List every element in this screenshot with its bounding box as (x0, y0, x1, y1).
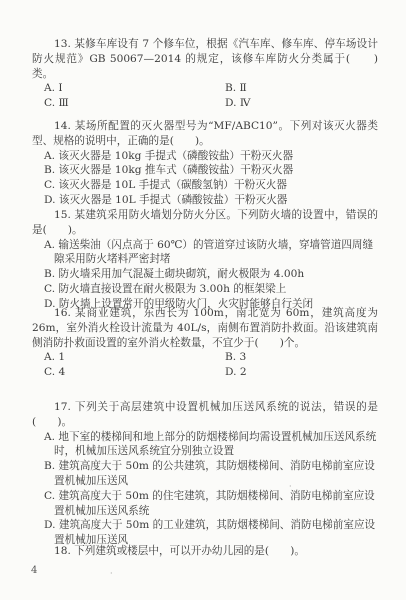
option-a: A. 地下室的楼梯间和地上部分的防烟楼梯间均需设置机械加压送风系统时，机械加压送… (32, 430, 378, 460)
option-c: C. 建筑高度大于 50m 的住宅建筑，其防烟楼梯间、消防电梯前室应设置机械加压… (32, 489, 378, 519)
option-d: D. 2 (225, 365, 378, 380)
option-c: C. 该灭火器是 10L 手提式（碳酸氢钠）干粉灭火器 (32, 178, 378, 193)
options-grid: A. 1 B. 3 C. 4 D. 2 (32, 350, 378, 380)
option-b: B. 3 (225, 350, 378, 365)
exam-page: 13. 某修车库设有 7 个修车位，根据《汽车库、修车库、停车场设计防火规范》G… (0, 0, 406, 600)
question-13: 13. 某修车库设有 7 个修车位，根据《汽车库、修车库、停车场设计防火规范》G… (32, 37, 378, 111)
question-stem: 15. 某建筑采用防火墙划分防火分区。下列防火墙的设置中，错误的是( )。 (32, 208, 378, 238)
option-b: B. 防火墙采用加气混凝土砌块砌筑，耐火极限为 4.00h (32, 267, 378, 282)
option-c: C. 4 (44, 365, 225, 380)
page-number: 4 (31, 565, 37, 576)
option-a: A. Ⅰ (44, 81, 225, 96)
option-b: B. 建筑高度大于 50m 的公共建筑，其防烟楼梯间、消防电梯前室应设置机械加压… (32, 459, 378, 489)
scan-speck: · (289, 482, 292, 491)
option-b: B. 该灭火器是 10kg 推车式（磷酸铵盐）干粉灭火器 (32, 163, 378, 178)
question-stem: 16. 某商业建筑，东西长为 100m，南北宽为 60m，建筑高度为 26m，室… (32, 306, 378, 350)
options-grid: A. Ⅰ B. Ⅱ C. Ⅲ D. Ⅳ (32, 81, 378, 111)
question-stem: 13. 某修车库设有 7 个修车位，根据《汽车库、修车库、停车场设计防火规范》G… (32, 37, 378, 81)
question-14: 14. 某场所配置的灭火器型号为“MF/ABC10”。下列对该灭火器类型、规格的… (32, 119, 378, 208)
option-b: B. Ⅱ (225, 81, 378, 96)
question-17: 17. 下列关于高层建筑中设置机械加压送风系统的说法，错误的是( )。 A. 地… (32, 400, 378, 548)
option-c: C. 防火墙直接设置在耐火极限为 3.00h 的框架梁上 (32, 282, 378, 297)
question-18: 18. 下列建筑或楼层中，可以开办幼儿园的是( )。 (32, 544, 378, 559)
question-15: 15. 某建筑采用防火墙划分防火分区。下列防火墙的设置中，错误的是( )。 A.… (32, 208, 378, 312)
option-d: D. 该灭火器是 10L 手提式（磷酸铵盐）干粉灭火器 (32, 193, 378, 208)
option-d: D. Ⅳ (225, 96, 378, 111)
question-stem: 14. 某场所配置的灭火器型号为“MF/ABC10”。下列对该灭火器类型、规格的… (32, 119, 378, 149)
option-c: C. Ⅲ (44, 96, 225, 111)
question-stem: 18. 下列建筑或楼层中，可以开办幼儿园的是( )。 (32, 544, 378, 559)
option-a: A. 1 (44, 350, 225, 365)
option-a: A. 该灭火器是 10kg 手提式（磷酸铵盐）干粉灭火器 (32, 149, 378, 164)
scan-speck: · (110, 569, 113, 578)
option-a: A. 输送柴油（闪点高于 60℃）的管道穿过该防火墙，穿墙管道四周缝隙采用防火堵… (32, 238, 378, 268)
question-16: 16. 某商业建筑，东西长为 100m，南北宽为 60m，建筑高度为 26m，室… (32, 306, 378, 380)
question-stem: 17. 下列关于高层建筑中设置机械加压送风系统的说法，错误的是( )。 (32, 400, 378, 430)
